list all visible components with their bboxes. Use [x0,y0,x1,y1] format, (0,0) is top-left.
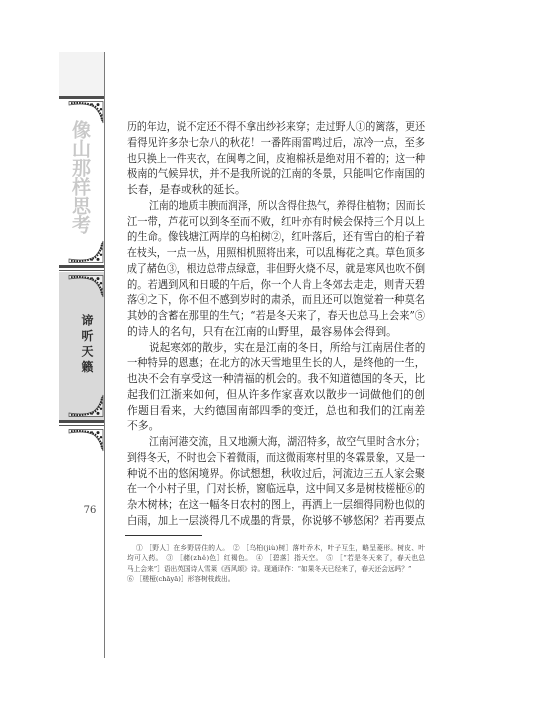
line-text: 看得见许多杂七杂八的秋花！一番阵雨雷鸣过后，凉冷一点，至多 [127,135,425,151]
text-line: 落④之下，你不但不感到岁时的肃杀，而且还可以饱觉着一种莫名 [127,292,425,308]
text-line: 也决不会有享受这一种清福的机会的。我不知道德国的冬天，比 [127,371,425,387]
line-text: 不多。 [127,418,159,434]
ornament-icon [68,394,104,418]
sidebar-vertical-rule [104,52,105,658]
text-line: 在枝头，一点一丛，用照相机照将出来，可以乱梅花之真。草色顶多 [127,245,425,261]
line-text: 的诗人的名句，只有在江南的山野里，最容易体会得到。 [127,324,397,340]
line-text: 也只换上一件夹衣，在闽粤之间，皮袍棉袄是绝对用不着的；这一种 [127,151,425,167]
line-text: 其妙的含蓄在那里的生气；“若是冬天来了，春天也总马上会来”⑤ [127,308,425,324]
line-text: 说起寒郊的散步，实在是江南的冬日，所给与江南居住者的 [149,340,425,356]
footnote-text: ⑥ ［槎桠(chāyā)］形容树枝歧出。 [127,574,234,584]
line-text: 历的年边，说不定还不得不拿出纱衫来穿；走过野人①的篱落，更还 [127,119,425,135]
footnote-text: 马上会来”］语出英国诗人雪莱《西风颂》诗。现通译作：“如果冬天已经来了，春天还会… [127,564,411,574]
text-line: 极南的气候异状，并不是我所说的江南的冬景，只能叫它作南国的 [127,166,425,182]
sidebar-top-block [59,52,104,96]
line-text: 起我们江浙来如何，但从许多作家喜欢以散步一词做他们的创 [127,387,425,403]
text-line: 历的年边，说不定还不得不拿出纱衫来穿；走过野人①的篱落，更还 [127,119,425,135]
line-text: 成了赭色③，根边总带点绿意，非但野火烧不尽，就是寒风也吹不倒 [127,261,425,277]
text-line: 说起寒郊的散步，实在是江南的冬日，所给与江南居住者的 [127,340,425,356]
text-line: 起我们江浙来如何，但从许多作家喜欢以散步一词做他们的创 [127,387,425,403]
sidebar-double-divider [59,265,104,271]
ornament-icon [68,428,104,452]
text-line: 在一个小村子里，门对长桥，窗临远阜，这中间又多是树枝槎桠⑥的 [127,481,425,497]
text-line: 长春，是春或秋的延长。 [127,182,425,198]
body-text: 历的年边，说不定还不得不拿出纱衫来穿；走过野人①的篱落，更还 看得见许多杂七杂八… [127,119,425,529]
text-line: 也只换上一件夹衣，在闽粤之间，皮袍棉袄是绝对用不着的；这一种 [127,151,425,167]
text-line: 的。若遇到风和日暖的午后，你一个人肯上冬郊去走走，则青天碧 [127,277,425,293]
footnotes: ① ［野人］在乡野居住的人。 ② ［乌桕(jiù)树］落叶乔木，叶子互生，略呈菱… [127,543,425,584]
paragraph: 江南的地质丰腴而润泽，所以含得住热气，养得住植物；因而长 江一带，芦花可以到冬至… [127,198,425,340]
footnote-line: 均可入药。 ③ ［赭(zhě)色］红褐色。 ④ ［碧落］指天空。 ⑤ ［“若是冬… [127,553,425,563]
line-text: 江一带，芦花可以到冬至而不败，红叶亦有时候会保持三个月以上 [127,214,425,230]
text-line: 看得见许多杂七杂八的秋花！一番阵雨雷鸣过后，凉冷一点，至多 [127,135,425,151]
line-text: 江南河港交流，且又地濒大海，湖沼特多，故空气里时含水分； [149,434,425,450]
ornament-icon [68,274,104,298]
text-line: 的诗人的名句，只有在江南的山野里，最容易体会得到。 [127,324,425,340]
line-text: 长春，是春或秋的延长。 [127,182,246,198]
text-line: 作题目看来，大约德国南部四季的变迁，总也和我们的江南差 [127,403,425,419]
line-text: 江南的地质丰腴而润泽，所以含得住热气，养得住植物；因而长 [149,198,425,214]
line-text: 一种特异的恩惠；在北方的冰天雪地里生长的人，是终他的一生， [127,355,425,371]
footnote-text: ① ［野人］在乡野居住的人。 ② ［乌桕(jiù)树］落叶乔木，叶子互生，略呈菱… [136,543,425,553]
line-text: 白雨，加上一层淡得几不成墨的背景，你说够不够悠闲？若再要点 [127,513,425,529]
text-line: 成了赭色③，根边总带点绿意，非但野火烧不尽，就是寒风也吹不倒 [127,261,425,277]
footnote-text: 均可入药。 ③ ［赭(zhě)色］红褐色。 ④ ［碧落］指天空。 ⑤ ［“若是冬… [127,553,425,563]
footnote-line: ① ［野人］在乡野居住的人。 ② ［乌桕(jiù)树］落叶乔木，叶子互生，略呈菱… [127,543,425,553]
footnote-line: 马上会来”］语出英国诗人雪莱《西风颂》诗。现通译作：“如果冬天已经来了，春天还会… [127,564,425,574]
text-line: 杂木树林；在这一幅冬日农村的图上，再洒上一层细得同粉也似的 [127,497,425,513]
line-text: 种说不出的悠闲境界。你试想想，秋收过后，河流边三五人家会聚 [127,466,425,482]
text-line: 的生命。像钱塘江两岸的乌桕树②，红叶落后，还有雪白的桕子着 [127,229,425,245]
line-text: 落④之下，你不但不感到岁时的肃杀，而且还可以饱觉着一种莫名 [127,292,425,308]
text-line: 江一带，芦花可以到冬至而不败，红叶亦有时候会保持三个月以上 [127,214,425,230]
line-text: 杂木树林；在这一幅冬日农村的图上，再洒上一层细得同粉也似的 [127,497,425,513]
text-line: 江南河港交流，且又地濒大海，湖沼特多，故空气里时含水分； [127,434,425,450]
paragraph: 江南河港交流，且又地濒大海，湖沼特多，故空气里时含水分； 到得冬天，不时也会下着… [127,434,425,529]
line-text: 也决不会有享受这一种清福的机会的。我不知道德国的冬天，比 [127,371,425,387]
book-page: 像山那样思考 谛听天籁 76 历的年边，说不定还不得不拿出纱衫来穿；走过野人①的… [0,0,550,711]
text-line: 一种特异的恩惠；在北方的冰天雪地里生长的人，是终他的一生， [127,355,425,371]
line-text: 在枝头，一点一丛，用照相机照将出来，可以乱梅花之真。草色顶多 [127,245,425,261]
line-text: 极南的气候异状，并不是我所说的江南的冬景，只能叫它作南国的 [127,166,425,182]
paragraph: 说起寒郊的散步，实在是江南的冬日，所给与江南居住者的 一种特异的恩惠；在北方的冰… [127,340,425,435]
text-line: 到得冬天，不时也会下着微雨，而这微雨寒村里的冬霖景象，又是一 [127,450,425,466]
footnote-line: ⑥ ［槎桠(chāyā)］形容树枝歧出。 [127,574,425,584]
line-text: 到得冬天，不时也会下着微雨，而这微雨寒村里的冬霖景象，又是一 [127,450,425,466]
section-title: 谛听天籁 [80,314,94,376]
ornament-icon [68,240,104,264]
text-line: 江南的地质丰腴而润泽，所以含得住热气，养得住植物；因而长 [127,198,425,214]
line-text: 作题目看来，大约德国南部四季的变迁，总也和我们的江南差 [127,403,425,419]
text-line: 其妙的含蓄在那里的生气；“若是冬天来了，春天也总马上会来”⑤ [127,308,425,324]
book-title: 像山那样思考 [69,120,90,234]
line-text: 的生命。像钱塘江两岸的乌桕树②，红叶落后，还有雪白的桕子着 [127,229,425,245]
paragraph: 历的年边，说不定还不得不拿出纱衫来穿；走过野人①的篱落，更还 看得见许多杂七杂八… [127,119,425,198]
footnote-separator [125,535,202,536]
sidebar-double-divider [59,420,104,426]
line-text: 的。若遇到风和日暖的午后，你一个人肯上冬郊去走走，则青天碧 [127,277,425,293]
line-text: 在一个小村子里，门对长桥，窗临远阜，这中间又多是树枝槎桠⑥的 [127,481,425,497]
text-line: 不多。 [127,418,425,434]
text-line: 白雨，加上一层淡得几不成墨的背景，你说够不够悠闲？若再要点 [127,513,425,529]
text-line: 种说不出的悠闲境界。你试想想，秋收过后，河流边三五人家会聚 [127,466,425,482]
sidebar-divider [59,96,104,99]
page-number: 76 [78,505,102,517]
